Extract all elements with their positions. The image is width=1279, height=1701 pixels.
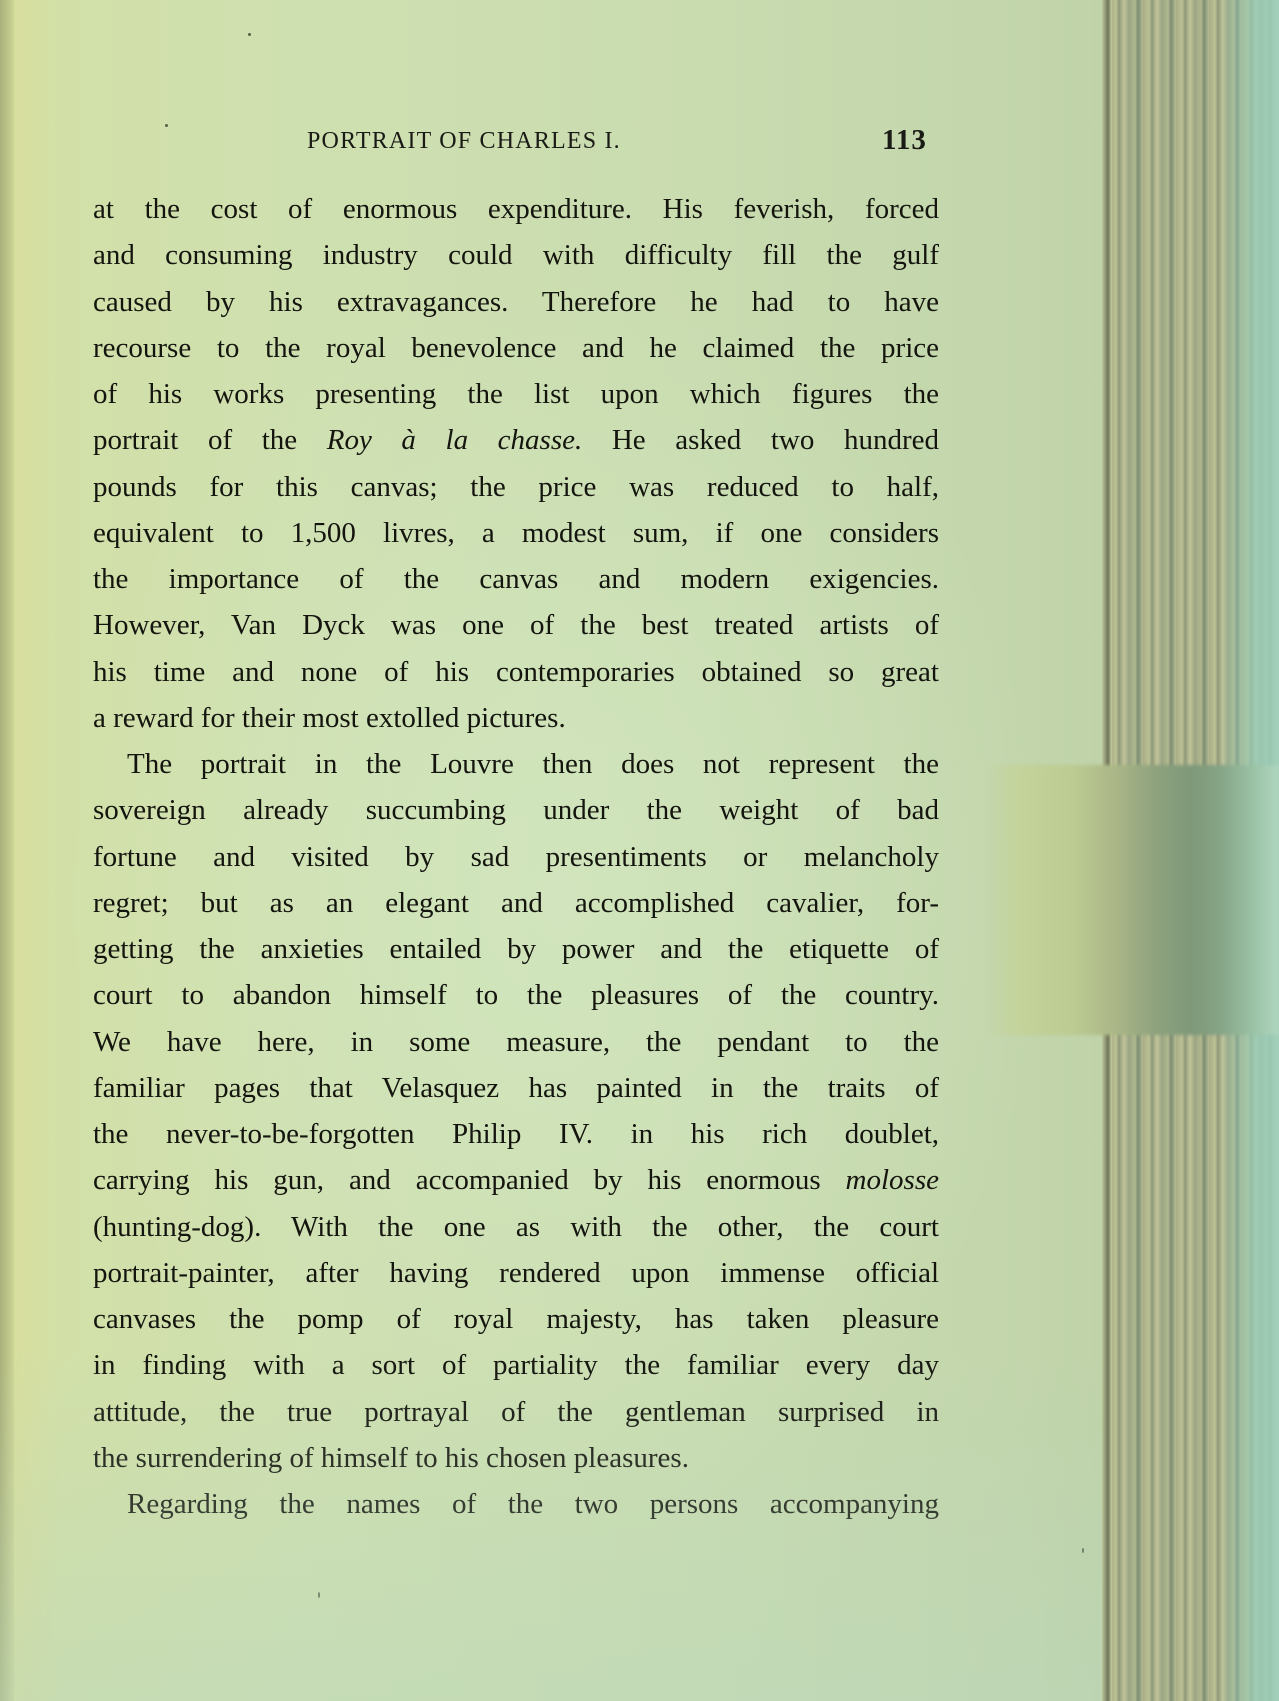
text-line: familiar pages that Velasquez has painte… — [93, 1065, 939, 1111]
text-line: sovereign already succumbing under the w… — [93, 787, 939, 833]
text-line: the never-to-be-forgotten Philip IV. in … — [93, 1111, 939, 1157]
text-line: carrying his gun, and accompanied by his… — [93, 1157, 939, 1203]
text-line: fortune and visited by sad presentiments… — [93, 834, 939, 880]
text-line: caused by his extravagances. Therefore h… — [93, 279, 939, 325]
text-line: recourse to the royal benevolence and he… — [93, 325, 939, 371]
text-line: portrait-painter, after having rendered … — [93, 1250, 939, 1296]
scan-artifact-band — [985, 765, 1279, 1035]
text-segment: carrying his gun, and accompanied by his… — [93, 1164, 846, 1196]
italic-phrase: molosse — [846, 1164, 939, 1196]
text-line: regret; but as an elegant and accomplish… — [93, 880, 939, 926]
text-line: Regarding the names of the two persons a… — [93, 1481, 939, 1527]
text-line: and consuming industry could with diffic… — [93, 232, 939, 278]
italic-phrase: Roy à la chasse. — [327, 424, 583, 456]
text-line: (hunting-dog). With the one as with the … — [93, 1204, 939, 1250]
text-segment: portrait of the — [93, 424, 327, 456]
text-line: portrait of the Roy à la chasse. He aske… — [93, 417, 939, 463]
text-line: pounds for this canvas; the price was re… — [93, 464, 939, 510]
running-title: PORTRAIT OF CHARLES I. — [307, 128, 621, 155]
paper-speck — [248, 33, 251, 36]
text-line: the importance of the canvas and modern … — [93, 556, 939, 602]
text-line: However, Van Dyck was one of the best tr… — [93, 602, 939, 648]
paper-speck — [1082, 1548, 1084, 1553]
text-line: canvases the pomp of royal majesty, has … — [93, 1296, 939, 1342]
page-number: 113 — [882, 124, 927, 157]
text-segment: He asked two hundred — [582, 424, 939, 456]
text-line: equivalent to 1,500 livres, a modest sum… — [93, 510, 939, 556]
paper-speck — [165, 124, 168, 127]
text-line: getting the anxieties entailed by power … — [93, 926, 939, 972]
text-line: The portrait in the Louvre then does not… — [93, 741, 939, 787]
text-line: attitude, the true portrayal of the gent… — [93, 1389, 939, 1435]
text-line: in finding with a sort of partiality the… — [93, 1342, 939, 1388]
book-page: PORTRAIT OF CHARLES I. 113 at the cost o… — [0, 0, 1110, 1701]
text-line: at the cost of enormous expenditure. His… — [93, 186, 939, 232]
text-line: of his works presenting the list upon wh… — [93, 371, 939, 417]
body-text: at the cost of enormous expenditure. His… — [93, 186, 939, 1527]
paper-speck — [318, 1592, 320, 1598]
text-line: his time and none of his contemporaries … — [93, 649, 939, 695]
page-header: PORTRAIT OF CHARLES I. 113 — [0, 124, 1110, 164]
text-line: the surrendering of himself to his chose… — [93, 1435, 939, 1481]
text-line: a reward for their most extolled picture… — [93, 695, 939, 741]
text-line: We have here, in some measure, the penda… — [93, 1019, 939, 1065]
text-line: court to abandon himself to the pleasure… — [93, 972, 939, 1018]
